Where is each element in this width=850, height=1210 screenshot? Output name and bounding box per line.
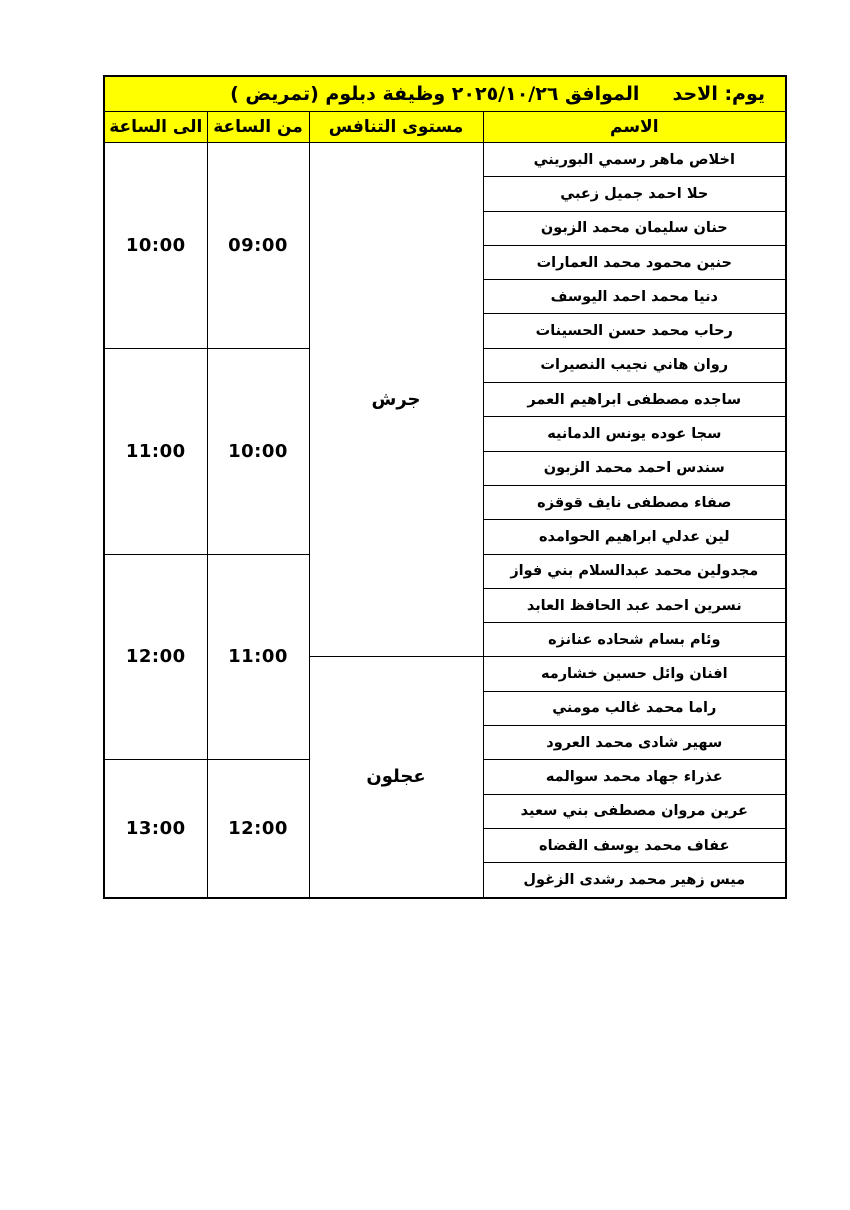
candidate-name: راما محمد غالب مومني xyxy=(483,691,786,725)
candidate-name: روان هاني نجيب النصيرات xyxy=(483,348,786,382)
schedule-document: يوم: الاحد الموافق ٢٠٢٥/١٠/٢٦ وظيفة دبلو… xyxy=(0,0,850,1210)
from-time-cell: 09:00 xyxy=(207,143,309,349)
candidate-name: لين عدلي ابراهيم الحوامده xyxy=(483,520,786,554)
table-title: يوم: الاحد الموافق ٢٠٢٥/١٠/٢٦ وظيفة دبلو… xyxy=(104,76,786,112)
candidate-name: افنان وائل حسين خشارمه xyxy=(483,657,786,691)
candidate-name: صفاء مصطفى نايف قوقزه xyxy=(483,485,786,519)
column-header-level: مستوى التنافس xyxy=(309,112,483,143)
candidate-name: حلا احمد جميل زعبي xyxy=(483,177,786,211)
column-header-from: من الساعة xyxy=(207,112,309,143)
candidate-row: اخلاص ماهر رسمي البوريني جرش 09:00 10:00 xyxy=(104,143,786,177)
governorate-cell-ajloun: عجلون xyxy=(309,657,483,898)
table-title-row: يوم: الاحد الموافق ٢٠٢٥/١٠/٢٦ وظيفة دبلو… xyxy=(104,76,786,112)
candidate-name: سجا عوده يونس الدمانيه xyxy=(483,417,786,451)
candidate-name: ميس زهير محمد رشدى الزغول xyxy=(483,863,786,898)
candidate-name: عرين مروان مصطفى بني سعيد xyxy=(483,794,786,828)
candidate-name: وئام بسام شحاده عنانزه xyxy=(483,623,786,657)
column-header-name: الاسم xyxy=(483,112,786,143)
schedule-table: يوم: الاحد الموافق ٢٠٢٥/١٠/٢٦ وظيفة دبلو… xyxy=(103,75,787,899)
candidate-name: سهير شادى محمد العرود xyxy=(483,726,786,760)
candidate-name: دنيا محمد احمد اليوسف xyxy=(483,280,786,314)
to-time-cell: 10:00 xyxy=(104,143,207,349)
candidate-name: سندس احمد محمد الزبون xyxy=(483,451,786,485)
candidate-name: حنين محمود محمد العمارات xyxy=(483,245,786,279)
candidate-name: عذراء جهاد محمد سوالمه xyxy=(483,760,786,794)
candidate-name: اخلاص ماهر رسمي البوريني xyxy=(483,143,786,177)
candidate-name: مجدولين محمد عبدالسلام بني فواز xyxy=(483,554,786,588)
to-time-cell: 13:00 xyxy=(104,760,207,898)
candidate-name: عفاف محمد يوسف القضاه xyxy=(483,828,786,862)
from-time-cell: 10:00 xyxy=(207,348,309,554)
candidate-name: رحاب محمد حسن الحسينات xyxy=(483,314,786,348)
column-header-to: الى الساعة xyxy=(104,112,207,143)
to-time-cell: 11:00 xyxy=(104,348,207,554)
candidate-name: نسرين احمد عبد الحافظ العابد xyxy=(483,588,786,622)
table-header-row: الاسم مستوى التنافس من الساعة الى الساعة xyxy=(104,112,786,143)
to-time-cell: 12:00 xyxy=(104,554,207,760)
from-time-cell: 12:00 xyxy=(207,760,309,898)
candidate-name: حنان سليمان محمد الزبون xyxy=(483,211,786,245)
candidate-name: ساجده مصطفى ابراهيم العمر xyxy=(483,383,786,417)
from-time-cell: 11:00 xyxy=(207,554,309,760)
governorate-cell-jerash: جرش xyxy=(309,143,483,657)
